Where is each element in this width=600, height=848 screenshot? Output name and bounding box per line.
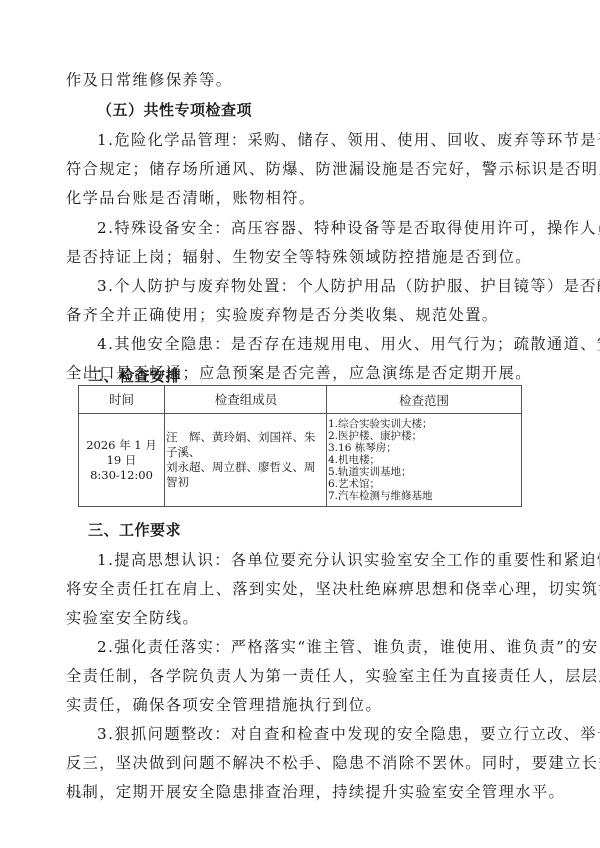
paragraph-line: 2.特殊设备安全：高压容器、特种设备等是否取得使用许可，操作人员 bbox=[97, 218, 600, 238]
paragraph-line: 4.其他安全隐患：是否存在违规用电、用火、用气行为；疏散通道、安 bbox=[97, 334, 600, 354]
cell-scope: 1.综合实验实训大楼； 2.医护楼、康护楼； 3.16 栋琴房； 4.机电楼； … bbox=[327, 414, 522, 507]
members-line: 汪 辉、黄玲娟、刘国祥、朱子溪、 bbox=[166, 430, 326, 460]
cell-time: 2026 年 1 月 19 日 8:30-12:00 bbox=[79, 414, 165, 507]
section-heading: 三、工作要求 bbox=[88, 520, 181, 540]
table-row: 2026 年 1 月 19 日 8:30-12:00 汪 辉、黄玲娟、刘国祥、朱… bbox=[79, 414, 522, 507]
paragraph-line: 将安全责任扛在肩上、落到实处，坚决杜绝麻痹思想和侥幸心理，切实筑牢 bbox=[66, 579, 600, 599]
paragraph-line: 1.危险化学品管理：采购、储存、领用、使用、回收、废弃等环节是否 bbox=[97, 130, 600, 150]
scope-item: 2.医护楼、康护楼； bbox=[328, 430, 521, 442]
paragraph-line: 反三，坚决做到问题不解决不松手、隐患不消除不罢休。同时，要建立长效 bbox=[66, 753, 600, 773]
time-range: 8:30-12:00 bbox=[79, 468, 164, 483]
scope-item: 4.机电楼； bbox=[328, 454, 521, 466]
paragraph-line: 备齐全并正确使用；实验废弃物是否分类收集、规范处置。 bbox=[66, 305, 499, 325]
header-members: 检查组成员 bbox=[165, 386, 327, 414]
section-heading-schedule: 二、检查安排 bbox=[88, 366, 181, 386]
paragraph-line: 2.强化责任落实：严格落实“谁主管、谁负责，谁使用、谁负责”的安 bbox=[97, 637, 599, 657]
paragraph-line: 1.提高思想认识：各单位要充分认识实验室安全工作的重要性和紧迫性， bbox=[97, 550, 600, 570]
table-header-row: 时间 检查组成员 检查范围 bbox=[79, 386, 522, 414]
header-scope: 检查范围 bbox=[327, 386, 522, 414]
cell-members: 汪 辉、黄玲娟、刘国祥、朱子溪、 刘永超、周立群、廖哲义、周智初 bbox=[165, 414, 327, 507]
paragraph-line: 实责任，确保各项安全管理措施执行到位。 bbox=[66, 695, 382, 715]
scope-item: 1.综合实验实训大楼； bbox=[328, 418, 521, 430]
paragraph-line: 机制，定期开展安全隐患排查治理，持续提升实验室安全管理水平。 bbox=[66, 782, 565, 802]
paragraph-line: 3.狠抓问题整改：对自查和检查中发现的安全隐患，要立行立改、举一 bbox=[97, 724, 600, 744]
scope-item: 7.汽车检测与维修基地 bbox=[328, 490, 521, 502]
paragraph-line: 作及日常维修保养等。 bbox=[66, 70, 232, 90]
paragraph-line: 符合规定；储存场所通风、防爆、防泄漏设施是否完好，警示标识是否明显； bbox=[66, 159, 600, 179]
time-date: 2026 年 1 月 19 日 bbox=[79, 438, 164, 468]
paragraph-line: 是否持证上岗；辐射、生物安全等特殊领域防控措施是否到位。 bbox=[66, 247, 532, 267]
scope-item: 6.艺术馆； bbox=[328, 478, 521, 490]
paragraph-line: 3.个人防护与废弃物处置：个人防护用品（防护服、护目镜等）是否配 bbox=[97, 276, 600, 296]
scope-item: 5.轨道实训基地； bbox=[328, 466, 521, 478]
scope-item: 3.16 栋琴房； bbox=[328, 442, 521, 454]
paragraph-line: 全责任制，各学院负责人为第一责任人，实验室主任为直接责任人，层层压 bbox=[66, 666, 600, 686]
paragraph-line: 化学品台账是否清晰，账物相符。 bbox=[66, 188, 316, 208]
header-time: 时间 bbox=[79, 386, 165, 414]
section-heading: （五）共性专项检查项 bbox=[97, 100, 252, 120]
paragraph-line: 实验室安全防线。 bbox=[66, 608, 199, 628]
members-line: 刘永超、周立群、廖哲义、周智初 bbox=[166, 460, 326, 490]
page-number: —2— bbox=[66, 790, 90, 800]
inspection-schedule-table: 时间 检查组成员 检查范围 2026 年 1 月 19 日 8:30-12:00… bbox=[78, 385, 522, 507]
